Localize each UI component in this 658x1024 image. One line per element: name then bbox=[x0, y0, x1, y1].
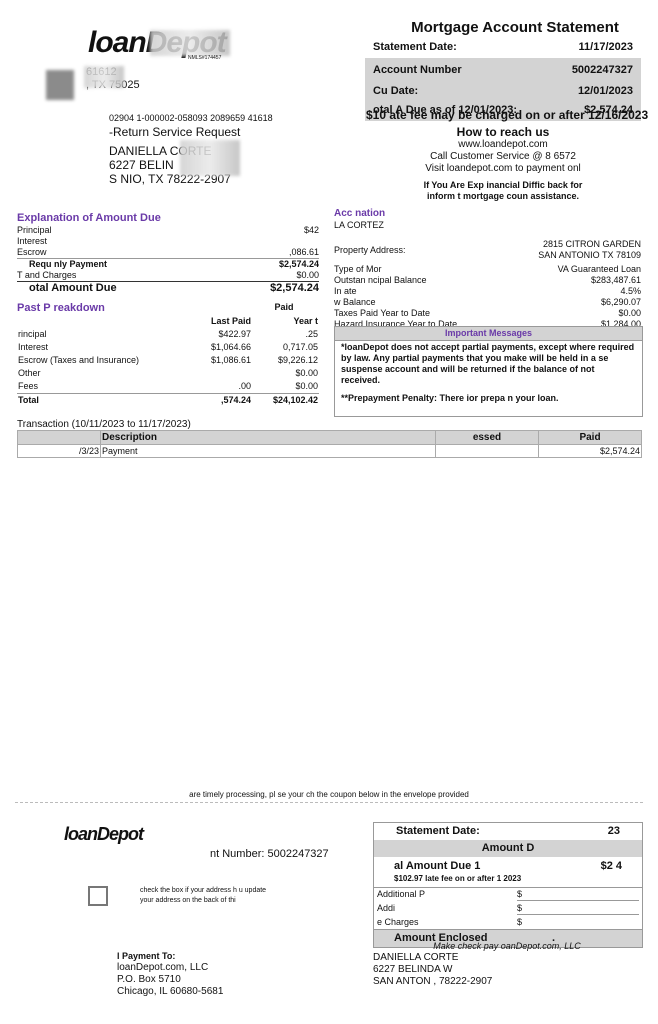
account-info-title: Acc nation bbox=[334, 208, 641, 220]
statement-date-value: 11/17/2023 bbox=[579, 41, 633, 55]
important-messages-box: Important Messages *loanDepot does not a… bbox=[334, 326, 643, 417]
late-charges-input[interactable]: $ bbox=[517, 917, 639, 928]
address-change-text: check the box if your address h u update… bbox=[140, 886, 266, 906]
customer-service-phone: Call Customer Service @ 8 6572 bbox=[365, 151, 641, 163]
additional-escrow-input[interactable]: $ bbox=[517, 903, 639, 915]
additional-principal-input[interactable]: $ bbox=[517, 889, 639, 901]
pay-online-text: Visit loandepot.com to payment onl bbox=[365, 163, 641, 175]
coupon-instruction: are timely processing, pl se your ch the… bbox=[0, 789, 658, 800]
loandepot-logo-coupon: loanDepot bbox=[64, 824, 143, 845]
website-link[interactable]: www.loandepot.com bbox=[365, 139, 641, 151]
table-row-total: Total,574.24$24,102.42 bbox=[17, 394, 319, 408]
coupon-account-number: nt Number: 5002247327 bbox=[210, 848, 329, 861]
amount-due-header: Amount D bbox=[374, 840, 642, 857]
account-info-section: Acc nation LA CORTEZ Property Address: 2… bbox=[334, 208, 641, 330]
return-service: -Return Service Request bbox=[109, 125, 240, 139]
past-payments-section: Past P reakdown Paid Last PaidYear t rin… bbox=[17, 302, 319, 407]
prepayment-penalty-message: **Prepayment Penalty: There ior prepa n … bbox=[335, 387, 642, 404]
table-row: /3/23 Payment $2,574.24 bbox=[18, 445, 642, 458]
barcode-2d bbox=[46, 70, 74, 100]
past-payments-title: Past P reakdown bbox=[17, 302, 105, 315]
due-date-label: Cu Date: bbox=[373, 85, 418, 98]
explanation-title: Explanation of Amount Due bbox=[17, 212, 319, 225]
contact-title: How to reach us bbox=[365, 125, 641, 139]
hardship-text-2: inform t mortgage coun assistance. bbox=[365, 191, 641, 202]
cut-line bbox=[15, 802, 643, 803]
statement-date-label: Statement Date: bbox=[373, 41, 457, 55]
statement-title: Mortgage Account Statement bbox=[365, 19, 658, 36]
borrower-name: LA CORTEZ bbox=[334, 220, 641, 231]
late-fee-notice: $10 ate fee may be charged on or after 1… bbox=[366, 108, 656, 122]
table-row: rincipal$422.97 .25 bbox=[17, 328, 319, 341]
table-row: Other$0.00 bbox=[17, 367, 319, 380]
barcode-line: 02904 1-000002-058093 2089659 41618 bbox=[109, 113, 273, 124]
payment-coupon-box: Statement Date:23 Amount D al Amount Due… bbox=[373, 822, 643, 948]
redaction bbox=[84, 66, 124, 88]
address-change-checkbox[interactable] bbox=[88, 886, 108, 906]
table-row: Interest$1,064.660,717.05 bbox=[17, 341, 319, 354]
required-payment-value: $2,574.24 bbox=[279, 259, 319, 270]
table-row: Fees.00$0.00 bbox=[17, 380, 319, 394]
due-date-value: 12/01/2023 bbox=[578, 85, 633, 98]
total-amount-due-label: otal Amount Due bbox=[29, 282, 117, 295]
mail-payment-to: l Payment To: loanDepot.com, LLC P.O. Bo… bbox=[117, 950, 223, 998]
total-amount-due-value: $2,574.24 bbox=[270, 282, 319, 295]
table-row: Escrow (Taxes and Insurance)$1,086.61$9,… bbox=[17, 354, 319, 367]
required-payment-label: Requ nly Payment bbox=[29, 259, 107, 270]
account-number-label: Account Number bbox=[373, 64, 462, 77]
nmls-number: NMLS#174457 bbox=[188, 55, 221, 61]
explanation-section: Explanation of Amount Due Principal$42 I… bbox=[17, 212, 319, 295]
transactions-table: Description essed Paid /3/23 Payment $2,… bbox=[17, 430, 642, 458]
coupon-customer-address: DANIELLA CORTE 6227 BELINDA W SAN ANTON … bbox=[373, 952, 492, 988]
account-number-value: 5002247327 bbox=[572, 64, 633, 77]
contact-section: How to reach us www.loandepot.com Call C… bbox=[365, 125, 641, 202]
hardship-text: If You Are Exp inancial Diffic back for bbox=[365, 180, 641, 191]
important-messages-title: Important Messages bbox=[335, 327, 642, 341]
redaction bbox=[150, 30, 230, 56]
make-check-payable: Make check pay oanDepot.com, LLC bbox=[373, 941, 641, 952]
redaction bbox=[180, 140, 240, 176]
partial-payment-message: *loanDepot does not accept partial payme… bbox=[335, 341, 642, 387]
